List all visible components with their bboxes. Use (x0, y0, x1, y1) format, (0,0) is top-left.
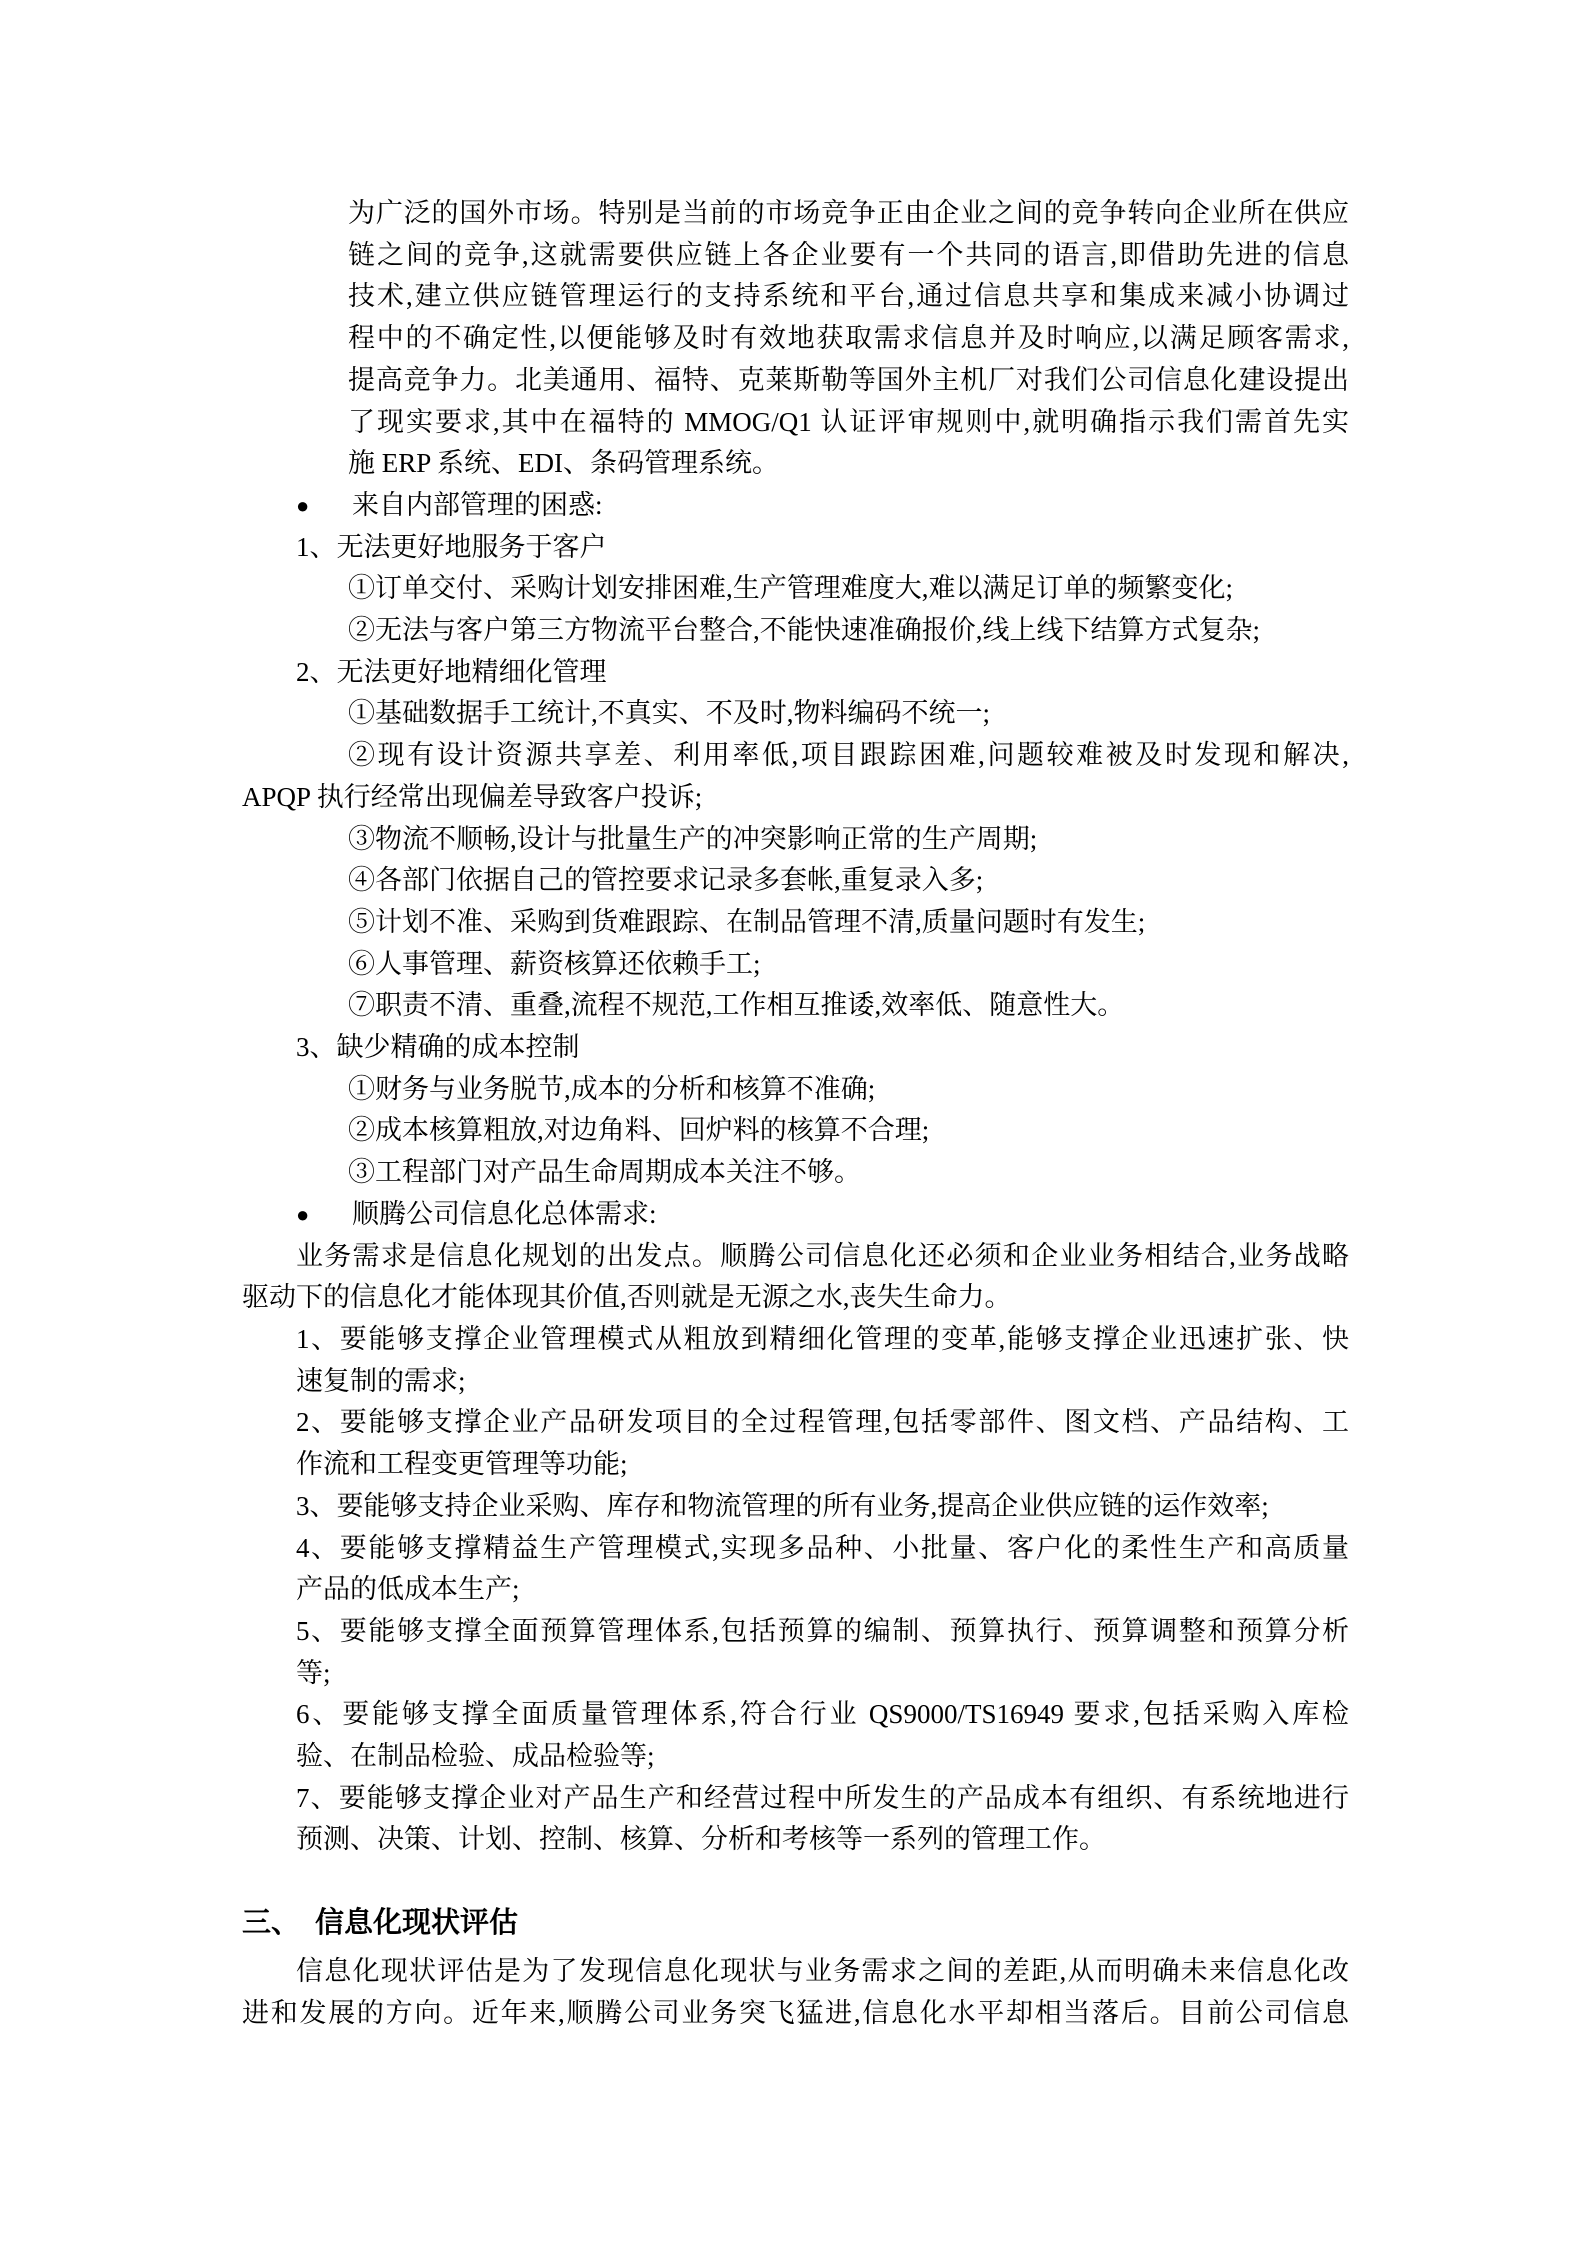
text-line: 3、缺少精确的成本控制 (242, 1027, 1349, 1069)
text-line: ②现有设计资源共享差、利用率低,项目跟踪困难,问题较难被及时发现和解决, (242, 735, 1349, 777)
text-line: ①财务与业务脱节,成本的分析和核算不准确; (242, 1069, 1349, 1111)
text-line: ●来自内部管理的困惑: (242, 485, 1349, 527)
text-line-content: 程中的不确定性,以便能够及时有效地获取需求信息并及时响应,以满足顾客需求, (348, 323, 1349, 353)
text-line-content: 6、要能够支撑全面质量管理体系,符合行业 QS9000/TS16949 要求,包… (296, 1699, 1349, 1729)
text-line-content: 5、要能够支撑全面预算管理体系,包括预算的编制、预算执行、预算调整和预算分析 (296, 1616, 1349, 1646)
text-line-content: 提高竞争力。北美通用、福特、克莱斯勒等国外主机厂对我们公司信息化建设提出 (348, 365, 1349, 395)
text-line-content: ②现有设计资源共享差、利用率低,项目跟踪困难,问题较难被及时发现和解决, (348, 740, 1349, 770)
section-title: 信息化现状评估 (315, 1907, 518, 1939)
text-line: 1、无法更好地服务于客户 (242, 527, 1349, 569)
text-line: ③工程部门对产品生命周期成本关注不够。 (242, 1152, 1349, 1194)
section-number: 三、 (242, 1903, 315, 1945)
text-line: ⑤计划不准、采购到货难跟踪、在制品管理不清,质量问题时有发生; (242, 902, 1349, 944)
text-line: ③物流不顺畅,设计与批量生产的冲突影响正常的生产周期; (242, 819, 1349, 861)
text-line-content: 进和发展的方向。近年来,顺腾公司业务突飞猛进,信息化水平却相当落后。目前公司信息 (242, 1998, 1349, 2028)
text-line-content: ⑥人事管理、薪资核算还依赖手工; (348, 949, 761, 979)
text-line-content: 3、要能够支持企业采购、库存和物流管理的所有业务,提高企业供应链的运作效率; (296, 1491, 1269, 1521)
text-line: 信息化现状评估是为了发现信息化现状与业务需求之间的差距,从而明确未来信息化改 (242, 1951, 1349, 1993)
text-line-content: ①财务与业务脱节,成本的分析和核算不准确; (348, 1074, 875, 1104)
text-line: 1、要能够支撑企业管理模式从粗放到精细化管理的变革,能够支撑企业迅速扩张、快 (242, 1319, 1349, 1361)
text-line-content: ①订单交付、采购计划安排困难,生产管理难度大,难以满足订单的频繁变化; (348, 573, 1233, 603)
text-line: 等; (242, 1653, 1349, 1695)
text-line-content: 2、要能够支撑企业产品研发项目的全过程管理,包括零部件、图文档、产品结构、工 (296, 1407, 1349, 1437)
document-body: 为广泛的国外市场。特别是当前的市场竞争正由企业之间的竞争转向企业所在供应链之间的… (242, 193, 1349, 2034)
text-line-content: APQP 执行经常出现偏差导致客户投诉; (242, 782, 702, 812)
text-line: 了现实要求,其中在福特的 MMOG/Q1 认证评审规则中,就明确指示我们需首先实 (242, 402, 1349, 444)
text-line: 为广泛的国外市场。特别是当前的市场竞争正由企业之间的竞争转向企业所在供应 (242, 193, 1349, 235)
text-line-content: 施 ERP 系统、EDI、条码管理系统。 (348, 448, 779, 478)
text-line-content: 1、无法更好地服务于客户 (296, 532, 607, 562)
text-line-content: 业务需求是信息化规划的出发点。顺腾公司信息化还必须和企业业务相结合,业务战略 (296, 1241, 1349, 1271)
text-line-content: ①基础数据手工统计,不真实、不及时,物料编码不统一; (348, 698, 990, 728)
text-line-content: 4、要能够支撑精益生产管理模式,实现多品种、小批量、客户化的柔性生产和高质量 (296, 1533, 1349, 1563)
text-line: 2、无法更好地精细化管理 (242, 652, 1349, 694)
text-line: ●顺腾公司信息化总体需求: (242, 1194, 1349, 1236)
text-line-content: 作流和工程变更管理等功能; (296, 1449, 628, 1479)
text-line-content: ③工程部门对产品生命周期成本关注不够。 (348, 1157, 861, 1187)
text-line: 程中的不确定性,以便能够及时有效地获取需求信息并及时响应,以满足顾客需求, (242, 318, 1349, 360)
text-line: 施 ERP 系统、EDI、条码管理系统。 (242, 443, 1349, 485)
text-line: 链之间的竞争,这就需要供应链上各企业要有一个共同的语言,即借助先进的信息 (242, 235, 1349, 277)
text-line: 4、要能够支撑精益生产管理模式,实现多品种、小批量、客户化的柔性生产和高质量 (242, 1528, 1349, 1570)
text-line-content: 1、要能够支撑企业管理模式从粗放到精细化管理的变革,能够支撑企业迅速扩张、快 (296, 1324, 1349, 1354)
text-line: 5、要能够支撑全面预算管理体系,包括预算的编制、预算执行、预算调整和预算分析 (242, 1611, 1349, 1653)
text-line: ①订单交付、采购计划安排困难,生产管理难度大,难以满足订单的频繁变化; (242, 568, 1349, 610)
text-line: ①基础数据手工统计,不真实、不及时,物料编码不统一; (242, 693, 1349, 735)
text-line: 验、在制品检验、成品检验等; (242, 1736, 1349, 1778)
text-line: 技术,建立供应链管理运行的支持系统和平台,通过信息共享和集成来减小协调过 (242, 276, 1349, 318)
text-line: 7、要能够支撑企业对产品生产和经营过程中所发生的产品成本有组织、有系统地进行 (242, 1778, 1349, 1820)
bullet-icon: ● (296, 1194, 352, 1236)
text-line: 进和发展的方向。近年来,顺腾公司业务突飞猛进,信息化水平却相当落后。目前公司信息 (242, 1993, 1349, 2035)
text-line-content: 信息化现状评估是为了发现信息化现状与业务需求之间的差距,从而明确未来信息化改 (296, 1956, 1349, 1986)
bullet-icon: ● (296, 485, 352, 527)
text-line-content: 2、无法更好地精细化管理 (296, 657, 607, 687)
text-line-content: 了现实要求,其中在福特的 MMOG/Q1 认证评审规则中,就明确指示我们需首先实 (348, 407, 1349, 437)
text-line-content: 速复制的需求; (296, 1366, 466, 1396)
text-line-content: ④各部门依据自己的管控要求记录多套帐,重复录入多; (348, 865, 983, 895)
text-line: 6、要能够支撑全面质量管理体系,符合行业 QS9000/TS16949 要求,包… (242, 1694, 1349, 1736)
text-line: APQP 执行经常出现偏差导致客户投诉; (242, 777, 1349, 819)
document-page: 为广泛的国外市场。特别是当前的市场竞争正由企业之间的竞争转向企业所在供应链之间的… (0, 0, 1587, 2245)
text-line: 作流和工程变更管理等功能; (242, 1444, 1349, 1486)
text-line: 驱动下的信息化才能体现其价值,否则就是无源之水,丧失生命力。 (242, 1277, 1349, 1319)
text-line-content: 来自内部管理的困惑: (352, 490, 603, 520)
text-line: ⑦职责不清、重叠,流程不规范,工作相互推诿,效率低、随意性大。 (242, 985, 1349, 1027)
text-line-content: 3、缺少精确的成本控制 (296, 1032, 580, 1062)
text-line-content: ②无法与客户第三方物流平台整合,不能快速准确报价,线上线下结算方式复杂; (348, 615, 1260, 645)
text-line-content: 7、要能够支撑企业对产品生产和经营过程中所发生的产品成本有组织、有系统地进行 (296, 1783, 1349, 1813)
text-line-content: 为广泛的国外市场。特别是当前的市场竞争正由企业之间的竞争转向企业所在供应 (348, 198, 1349, 228)
text-line: 速复制的需求; (242, 1361, 1349, 1403)
text-line-content: 等; (296, 1658, 331, 1688)
text-line-content: 技术,建立供应链管理运行的支持系统和平台,通过信息共享和集成来减小协调过 (348, 281, 1349, 311)
text-line: 提高竞争力。北美通用、福特、克莱斯勒等国外主机厂对我们公司信息化建设提出 (242, 360, 1349, 402)
text-line: 业务需求是信息化规划的出发点。顺腾公司信息化还必须和企业业务相结合,业务战略 (242, 1236, 1349, 1278)
text-line: ④各部门依据自己的管控要求记录多套帐,重复录入多; (242, 860, 1349, 902)
text-line-content: 链之间的竞争,这就需要供应链上各企业要有一个共同的语言,即借助先进的信息 (348, 240, 1349, 270)
text-line-content: 顺腾公司信息化总体需求: (352, 1199, 657, 1229)
text-line-content: 驱动下的信息化才能体现其价值,否则就是无源之水,丧失生命力。 (242, 1282, 1012, 1312)
text-line-content: ⑦职责不清、重叠,流程不规范,工作相互推诿,效率低、随意性大。 (348, 990, 1124, 1020)
text-line: ②无法与客户第三方物流平台整合,不能快速准确报价,线上线下结算方式复杂; (242, 610, 1349, 652)
text-line-content: ②成本核算粗放,对边角料、回炉料的核算不合理; (348, 1115, 929, 1145)
section-heading: 三、信息化现状评估 (242, 1903, 1349, 1945)
text-line: 产品的低成本生产; (242, 1569, 1349, 1611)
text-line: 2、要能够支撑企业产品研发项目的全过程管理,包括零部件、图文档、产品结构、工 (242, 1402, 1349, 1444)
text-line-content: 产品的低成本生产; (296, 1574, 520, 1604)
text-line: ⑥人事管理、薪资核算还依赖手工; (242, 944, 1349, 986)
text-line-content: ③物流不顺畅,设计与批量生产的冲突影响正常的生产周期; (348, 824, 1037, 854)
text-line-content: 预测、决策、计划、控制、核算、分析和考核等一系列的管理工作。 (296, 1824, 1106, 1854)
text-line: 预测、决策、计划、控制、核算、分析和考核等一系列的管理工作。 (242, 1819, 1349, 1861)
text-line: ②成本核算粗放,对边角料、回炉料的核算不合理; (242, 1110, 1349, 1152)
text-line-content: 验、在制品检验、成品检验等; (296, 1741, 655, 1771)
text-line-content: ⑤计划不准、采购到货难跟踪、在制品管理不清,质量问题时有发生; (348, 907, 1145, 937)
text-line: 3、要能够支持企业采购、库存和物流管理的所有业务,提高企业供应链的运作效率; (242, 1486, 1349, 1528)
